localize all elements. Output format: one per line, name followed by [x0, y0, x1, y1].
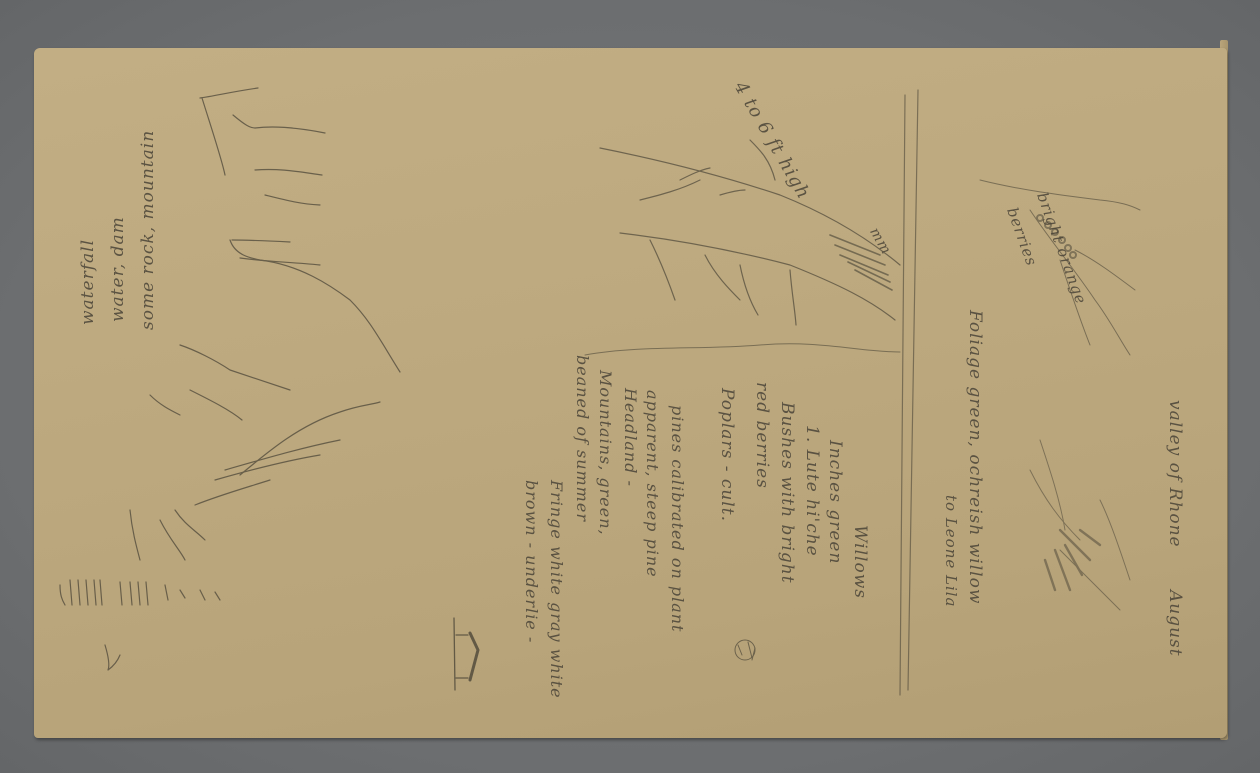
small-stool-sketch	[454, 618, 478, 690]
note-bushes: Bushes with bright	[777, 402, 797, 584]
note-waterfall: waterfall	[78, 239, 98, 325]
note-brown: brown - underlie -	[522, 480, 541, 643]
divider-lines	[900, 90, 918, 695]
pencil-sketch-drawing	[0, 0, 1260, 773]
note-poplars: Poplars - cult.	[717, 388, 737, 522]
note-summer: beaned of summer	[573, 355, 592, 522]
note-leone: to Leone Lila	[942, 495, 960, 608]
note-valley-rhone: valley of Rhone	[1165, 400, 1185, 548]
note-foliage: Foliage green, ochreish willow	[965, 310, 985, 604]
separator-wave	[585, 344, 900, 355]
note-rock-mountain: some rock, mountain	[138, 130, 158, 330]
note-headland: Headland -	[621, 388, 640, 487]
note-water-dam: water, dam	[108, 216, 128, 322]
note-fringe: Fringe white gray white	[547, 480, 566, 699]
note-august: August	[1165, 590, 1185, 657]
note-willows: Willows	[850, 525, 870, 599]
note-apparent: apparent, steep pine	[643, 390, 662, 578]
mountain-sketch	[60, 88, 400, 670]
note-inches-green: Inches green	[825, 440, 845, 564]
leaf-branch-sketch	[600, 140, 900, 325]
small-bush-sketch	[735, 640, 755, 660]
note-lute: 1. Lute hi'che	[802, 425, 822, 557]
note-mountains: Mountains, green,	[596, 370, 615, 536]
note-pines: pines calibrated on plant	[668, 405, 687, 632]
note-red-berries: red berries	[752, 382, 772, 489]
willow-bush-sketch	[1030, 440, 1130, 610]
